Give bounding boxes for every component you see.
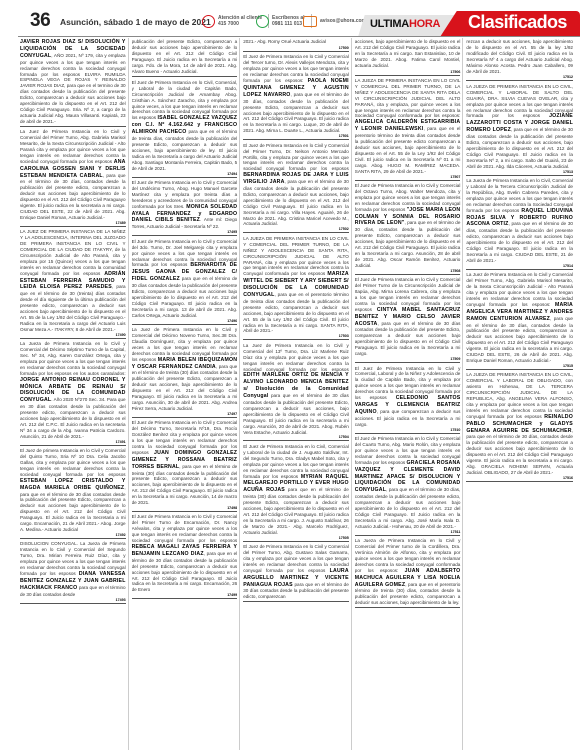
notice-code: 17500 — [243, 46, 349, 50]
legal-notice: El Juez de Primera Instancia en lo Civil… — [243, 142, 349, 234]
legal-notice: El Juez de Primera Instancia en lo Civil… — [243, 53, 349, 140]
legal-notice: El Juez de Primera Instancia en lo Civil… — [355, 435, 461, 536]
legal-notice: El Juez de Primera Instancia en lo Civil… — [355, 182, 461, 275]
legal-notice: JAVIER ROJAS DIAZ S/ DISOLUCIÓN Y LIQUID… — [20, 38, 126, 127]
notice-text-continued: , para que en el término de 30 días, con… — [466, 316, 573, 363]
notice-code: 17515 — [466, 364, 573, 368]
notice-code: 17492 — [20, 533, 126, 537]
notice-text: La Juez de Primera Instancia en lo Civil… — [20, 129, 126, 164]
notice-text-continued: , para que en el término de 30 días cont… — [132, 551, 238, 592]
logo-part-a: ULTIMA — [370, 18, 409, 30]
legal-notice: El Juez de primera Instancia en lo Civil… — [20, 447, 126, 539]
notice-code: 17499 — [132, 593, 238, 597]
notice-code: 17495 — [132, 230, 238, 234]
header-divider — [18, 36, 580, 37]
column-1: JAVIER ROJAS DIAZ S/ DISOLUCIÓN Y LIQUID… — [20, 38, 129, 750]
logo-part-b: HORA — [409, 18, 440, 30]
classifieds-columns: JAVIER ROJAS DIAZ S/ DISOLUCIÓN Y LIQUID… — [20, 38, 575, 750]
notice-text: LA JUEZA DE PRIMERA INSTANCIA EN LO CIVI… — [466, 372, 573, 418]
notice-party-names: ESTEBAN LOPEZ CRISTALDO Y MAGDA MARIELA … — [20, 478, 126, 491]
notice-code: 17490 — [20, 333, 126, 337]
notice-text-continued: , para que en el término de 30 días, con… — [355, 220, 461, 267]
column-5: rezcan a deducir sus acciones, bajo aper… — [466, 38, 575, 750]
notice-code: 17513 — [466, 170, 573, 174]
notice-text: 2021.- Abg. Romy Orué Actuaria Judicial — [243, 39, 326, 44]
legal-notice: LA JUEZA DE PRIMERA INSTANCIA EN LO CIVI… — [243, 235, 349, 341]
section-title: Clasificados — [468, 12, 567, 33]
phone-icon — [202, 15, 215, 28]
notice-text-continued: , para que en el término de 30 días cont… — [243, 179, 349, 226]
legal-notice: La Jueza de Primera Instancia en lo Civi… — [466, 177, 573, 270]
legal-notice: El Juez de Primera Instancia en lo Civil… — [132, 79, 238, 178]
column-2: publicación del presente Edicto, compare… — [132, 38, 241, 750]
notice-text-continued: , para que en el término de 30 días, con… — [466, 221, 573, 262]
notice-code: 17512 — [466, 75, 573, 79]
notice-code: 17510 — [355, 428, 461, 432]
notice-code: 17511 — [355, 530, 461, 534]
legal-notice: LA JUEZA DE PRIMERA INSTANCIA EN LO CIVI… — [466, 83, 573, 176]
notice-code: 17489 — [20, 221, 126, 225]
notice-code: 17507 — [355, 175, 461, 179]
notice-text-continued: para que en el término de treinta (30) d… — [243, 487, 349, 534]
notice-text-continued: , para que en el término de 30 días, con… — [20, 173, 126, 220]
notice-text: LA JUEZA DE PRIMERA INSTANCIA EN LO CIVI… — [243, 236, 349, 276]
notice-text-continued: , para que en el término de 30 días, con… — [243, 92, 349, 133]
legal-notice: La Juez de Primera Instancia en lo Civil… — [20, 128, 126, 227]
notice-text-continued: , para que en el término de 30 días cont… — [466, 127, 573, 168]
legal-notice: LA JUEZA DE PRIMERA INSTANCIA EN LO CIVI… — [355, 77, 461, 181]
legal-notice: 2021.- Abg. Romy Orué Actuaria Judicial … — [243, 38, 349, 52]
notice-text: El Juez de primera Instancia en lo Civil… — [20, 448, 126, 477]
notice-text-continued: , para que en el término de 30 días, con… — [355, 487, 461, 528]
legal-notice: La Jueza de Primera Instancia en lo Civi… — [355, 537, 461, 608]
notice-code: 17498 — [132, 506, 238, 510]
notice-code: 17496 — [132, 319, 238, 323]
notice-code: 17516 — [466, 476, 573, 480]
notice-text-continued: , para que en el término de 30 días cont… — [20, 485, 126, 532]
page-header: 36 Asunción, sábado 1 de mayo de 2021 At… — [0, 0, 580, 36]
legal-notice: El Juez de Primera Instancia en lo Civil… — [132, 238, 238, 325]
ultimahora-logo: ULTIMAHORA — [370, 18, 440, 30]
legal-notice: LA JUEZ DE PRIMERA INSTANCIA DE LA NIÑEZ… — [20, 228, 126, 338]
notice-text-continued: . Año 2020 Nº270 Sec. 34. Para que en 30… — [20, 397, 126, 438]
notice-code: 17497 — [132, 412, 238, 416]
legal-notice: El Juez de Primera Instancia en lo Civil… — [243, 543, 349, 602]
envelope-icon — [303, 16, 317, 27]
notice-text: La Juez de Primera Instancia en lo Civil… — [243, 343, 349, 372]
notice-code: 17501 — [243, 134, 349, 138]
contact-value: 415 7000 — [218, 21, 239, 27]
legal-notice: El Juez de Primera Instancia en lo Civil… — [355, 276, 461, 363]
notice-code: 17503 — [243, 334, 349, 338]
legal-notice: LA JUEZA DE PRIMERA INSTANCIA EN LO CIVI… — [466, 371, 573, 481]
legal-notice: El Juez de Primera Instancia en lo Civil… — [132, 419, 238, 512]
notice-code: 17508 — [355, 269, 461, 273]
legal-notice: La Juez de Primera Instancia en lo Civil… — [243, 342, 349, 442]
notice-text-continued: , para que en el término de treinta (30)… — [132, 364, 238, 411]
notice-code: 17502 — [243, 227, 349, 231]
notice-text-continued: , para que en el término de 30 días, con… — [466, 428, 573, 475]
notice-text: El Juez de Primera Instancia en lo Civil… — [132, 80, 238, 120]
notice-text: acciones, bajo apercibimiento de lo disp… — [355, 39, 461, 68]
notice-code: 17491 — [20, 440, 126, 444]
notice-text: publicación del presente Edicto, compare… — [132, 39, 238, 74]
legal-notice: El Juez de Primera Instancia en lo Civil… — [132, 513, 238, 599]
column-4: acciones, bajo apercibimiento de lo disp… — [355, 38, 464, 750]
legal-notice: La Jueza de Primera Instancia en lo Civi… — [20, 340, 126, 446]
whatsapp-icon — [256, 15, 269, 28]
legal-notice: El Juez de Primera Instancia en lo Civil… — [132, 179, 238, 236]
notice-code: 17505 — [243, 536, 349, 540]
notice-text-continued: para que en el término de treinta días, … — [132, 129, 238, 170]
notice-text: LA JUEZ DE PRIMERA INSTANCIA DE LA NIÑEZ… — [20, 229, 126, 275]
notice-code: 17504 — [243, 435, 349, 439]
notice-code: 17494 — [132, 172, 238, 176]
legal-notice: El Juez de Primera Instancia en lo Civil… — [355, 365, 461, 434]
notice-text: rezcan a deducir sus acciones, bajo aper… — [466, 39, 573, 74]
notice-code: 17493 — [20, 598, 126, 602]
notice-text-continued: , para que en el término de treinta (30)… — [132, 464, 238, 505]
notice-text-continued: , para que en el perentorio término de t… — [243, 292, 349, 333]
notice-code: 17506 — [355, 70, 461, 74]
notice-text-continued: para que en el término de 30 días contad… — [132, 276, 238, 317]
column-3: 2021.- Abg. Romy Orué Actuaria Judicial … — [243, 38, 352, 750]
legal-notice: La Juez de Primera Instancia en lo Civil… — [132, 326, 238, 418]
notice-code: 17509 — [355, 357, 461, 361]
contact-value: 0981 111 013 — [272, 21, 302, 27]
notice-text: El Juez de Primera Instancia en lo Civil… — [132, 514, 238, 543]
legal-notice: DISOLUCION CONYUGAL. La Jueza de Primera… — [20, 540, 126, 603]
notice-text-continued: para que en el término de 30 días contad… — [243, 393, 349, 434]
notice-text: LA JUEZA DE PRIMERA INSTANCIA EN LO CIVI… — [355, 78, 461, 118]
notice-text: El Juez de Primera Instancia en lo Civil… — [243, 143, 349, 172]
notice-text-continued: , para que en el término de 30 (treinta)… — [20, 284, 126, 331]
notice-text: La Jueza de Primera Instancia en lo Civi… — [20, 341, 126, 376]
notice-text-continued: , para que en el perentorio término de t… — [355, 126, 461, 173]
issue-date: Asunción, sábado 1 de mayo de 2021 — [60, 17, 211, 27]
notice-text-continued: , AÑO 2021, Nº 179, cita y emplaza por q… — [20, 53, 126, 124]
legal-notice: El Juez de Primera Instancia en lo Civil… — [243, 443, 349, 542]
page-number: 36 — [30, 10, 50, 32]
legal-notice: acciones, bajo apercibimiento de lo disp… — [355, 38, 461, 76]
notice-code: 17514 — [466, 264, 573, 268]
legal-notice: rezcan a deducir sus acciones, bajo aper… — [466, 38, 573, 81]
legal-notice: La Juez de Primera Instancia en lo Civil… — [466, 271, 573, 370]
legal-notice: publicación del presente Edicto, compare… — [132, 38, 238, 77]
